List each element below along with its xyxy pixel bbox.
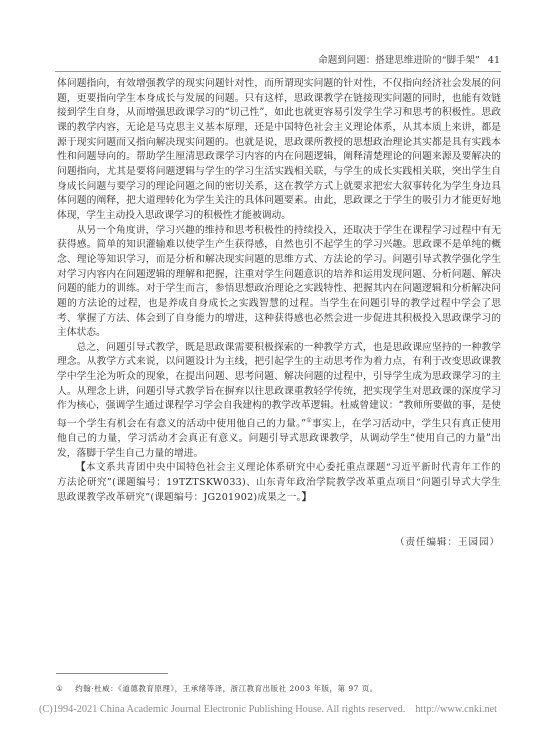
copyright-text: (C)1994-2021 China Academic Journal Elec… <box>39 704 405 715</box>
running-header: 命题到问题：搭建思维进阶的“脚手架”41 <box>55 55 500 67</box>
paragraph-continued: 体问题指向，有效增强教学的现实问题针对性，而所谓现实问题的针对性，不仅指向经济社… <box>57 77 501 224</box>
funding-note: 【本文系共青团中央中国特色社会主义理论体系研究中心委托重点课题“习近平新时代青年… <box>57 461 501 505</box>
close-bracket: 】 <box>302 492 312 503</box>
article-body: 体问题指向，有效增强教学的现实问题针对性，而所谓现实问题的针对性，不仅指向经济社… <box>57 77 501 505</box>
responsible-editor: （责任编辑：王园园） <box>300 534 500 548</box>
paragraph: 从另一个角度讲，学习兴趣的维持和思考积极性的持续投入，还取决于学生在课程学习过程… <box>57 224 501 341</box>
open-bracket: 【 <box>76 462 86 473</box>
page-number: 41 <box>488 55 500 66</box>
copyright-notice: (C)1994-2021 China Academic Journal Elec… <box>39 703 539 716</box>
footnote: ①约翰·杜威：《道德教育原理》，王承绪等译，浙江教育出版社 2003 年版，第 … <box>56 683 500 694</box>
footnote-divider <box>56 673 168 674</box>
cnki-link[interactable]: http://www.cnki.net <box>415 704 497 715</box>
paragraph-text: 总之，问题引导式教学，既是思政课需要积极探索的一种教学方式，也是思政课应坚持的一… <box>57 342 501 430</box>
footnote-mark: ① <box>56 684 63 693</box>
header-divider <box>55 71 501 72</box>
funding-note-text: 本文系共青团中央中国特色社会主义理论体系研究中心委托重点课题“习近平新时代青年工… <box>57 462 501 502</box>
paragraph: 总之，问题引导式教学，既是思政课需要积极探索的一种教学方式，也是思政课应坚持的一… <box>57 341 501 462</box>
running-title: 命题到问题：搭建思维进阶的“脚手架” <box>318 55 480 66</box>
footnote-text: 约翰·杜威：《道德教育原理》，王承绪等译，浙江教育出版社 2003 年版，第 9… <box>75 684 378 693</box>
